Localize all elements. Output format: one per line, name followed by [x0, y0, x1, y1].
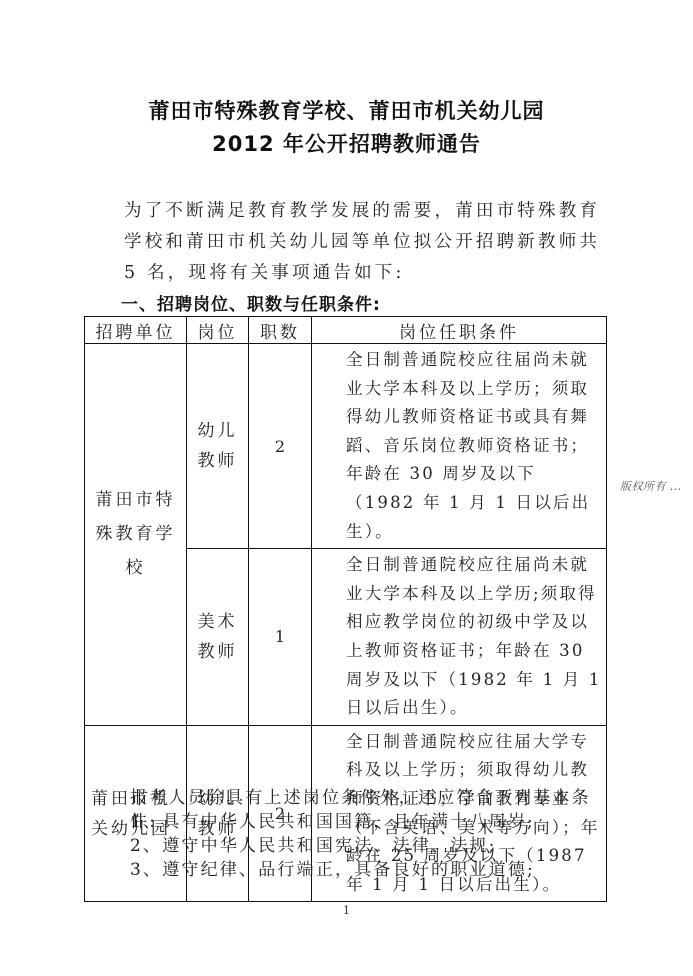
position-cell: 美术教师	[187, 549, 249, 726]
intro-paragraph: 为了不断满足教育教学发展的需要，莆田市特殊教育学校和莆田市机关幼儿园等单位拟公开…	[84, 196, 609, 289]
table-row: 莆田市特殊教育学校 幼儿教师 2 全日制普通院校应往届尚未就业大学本科及以上学历…	[85, 344, 607, 549]
basic-condition-3: 3、遵守纪律、品行端正，具备良好的职业道德;	[130, 858, 610, 882]
count-cell: 2	[249, 344, 312, 549]
table-header-row: 招聘单位 岗位 职数 岗位任职条件	[85, 317, 607, 344]
conditions-cell: 全日制普通院校应往届尚未就业大学本科及以上学历;须取得相应教学岗位的初级中学及以…	[312, 549, 607, 726]
header-unit: 招聘单位	[85, 317, 187, 344]
basic-condition-2: 2、遵守中华人民共和国宪法、法律、法规;	[130, 834, 610, 858]
page-number: 1	[343, 904, 350, 917]
unit-name: 莆田市特殊教育学校	[85, 483, 186, 585]
document-title-line2: 2012 年公开招聘教师通告	[0, 128, 693, 158]
position-cell: 幼儿教师	[187, 344, 249, 549]
copyright-watermark: 版权所有 ...	[620, 478, 682, 494]
conditions-text: 全日制普通院校应往届尚未就业大学本科及以上学历；须取得幼儿教师资格证书或具有舞蹈…	[318, 346, 602, 546]
position-name: 美术教师	[198, 607, 238, 667]
basic-condition-1: 1、具有中华人民共和国国籍，且年满十八周岁;	[130, 810, 610, 834]
intro-text: 为了不断满足教育教学发展的需要，莆田市特殊教育学校和莆田市机关幼儿园等单位拟公开…	[84, 196, 609, 289]
header-position: 岗位	[187, 317, 249, 344]
header-count: 职数	[249, 317, 312, 344]
header-conditions: 岗位任职条件	[312, 317, 607, 344]
unit-cell: 莆田市特殊教育学校	[85, 344, 187, 726]
position-name: 幼儿教师	[198, 416, 238, 476]
count-cell: 1	[249, 549, 312, 726]
conditions-cell: 全日制普通院校应往届尚未就业大学本科及以上学历；须取得幼儿教师资格证书或具有舞蹈…	[312, 344, 607, 549]
section1-heading: 一、招聘岗位、职数与任职条件:	[121, 290, 381, 315]
document-title-line1: 莆田市特殊教育学校、莆田市机关幼儿园	[0, 95, 693, 125]
conditions-text: 全日制普通院校应往届尚未就业大学本科及以上学历;须取得相应教学岗位的初级中学及以…	[318, 551, 602, 723]
